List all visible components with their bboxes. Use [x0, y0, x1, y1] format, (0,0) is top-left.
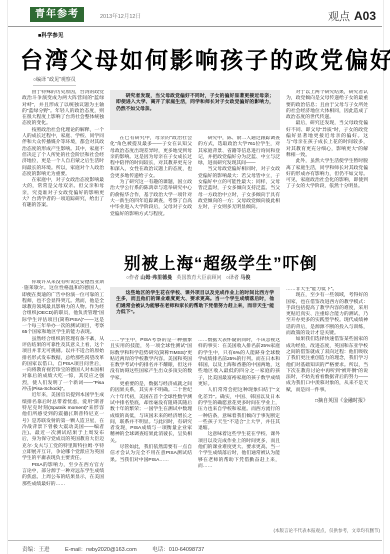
- issue-date: 2013年12月12日: [100, 12, 141, 20]
- page-edge-line-left: [7, 0, 8, 554]
- article2-intro-box: 这些地区的学生花在学校、课外项目以及完成作业上的时间比西方学生多，而且他们的课业…: [110, 287, 280, 330]
- footer-rule: [8, 540, 382, 541]
- article1-column-3: 研究中，陈、俞二人通过跟踪调查的方式，选取政治大学761位学生，对其家庭背景、省…: [198, 136, 280, 246]
- column-kicker: ■科学参见: [38, 31, 63, 39]
- page-number: A03: [354, 9, 376, 23]
- article2-intro-text: 这些地区的学生花在学校、课外项目以及完成作业上的时间比西方学生多，而且他们的课业…: [116, 291, 274, 317]
- article1-summary-text: 研究者发现，当父母政党偏好不同时，子女的偏好显著更接近母亲；即使进入大学、离开了…: [116, 94, 274, 113]
- article1-summary-box: 研究者发现，当父母政党偏好不同时，子女的偏好显著更接近母亲；即使进入大学、离开了…: [110, 90, 280, 130]
- page-edge-line-right: [383, 0, 384, 554]
- article2-headline: 别被上海“超级学生”吓倒: [124, 250, 318, 274]
- article1-headline: 台湾父母如何影响孩子的政党偏好: [20, 42, 370, 75]
- article2-column-3: ……数据大表怀疑的同时，不该忽视这样的事实：在美国收入排名前25%家庭的学生中，…: [198, 338, 280, 522]
- article1-column-1: 由于特殊的历史原因，台湾的政党政治斗争演变成为两大阵营间的“蓝绿对峙”，并且形成…: [22, 90, 104, 246]
- article2-column-4: ……非天生“能力低下”。现在，至少有一些领域，考得好的国家，也在借鉴改进西方的教…: [286, 287, 368, 522]
- author-title: 英国教育大臣前顾问: [176, 275, 221, 281]
- article1-byline: ○编译 “政见”观察员: [33, 76, 76, 86]
- footer-info: 责编：王进 E-mail：rwby2020@163.com 电话：010-640…: [22, 545, 218, 553]
- author-name: 山姆·弗里德曼: [140, 275, 172, 281]
- article2-column-4-text: ……非天生“能力低下”。现在，至少有一些领域，考得好的国家，也在借鉴改进西方的教…: [286, 287, 368, 394]
- footer-phone: 电话：010-64098737: [152, 547, 204, 553]
- article2-source: □摘自英国《金融时报》: [286, 398, 368, 404]
- footer-email: E-mail：rwby2020@163.com: [65, 547, 137, 553]
- section-name: 观点: [328, 11, 350, 23]
- masthead-logo: 青年参考: [30, 7, 84, 22]
- translator-name: 马俊: [240, 275, 250, 281]
- footer-editor: 责编：王进: [22, 547, 50, 553]
- article2-byline: ○作者 山姆·弗里德曼 英国教育大臣前顾问 ○译者 马俊: [126, 274, 250, 281]
- newspaper-page: 青年参考 2013年12月12日 观点A03 ■科学参见 台湾父母如何影响孩子的…: [0, 0, 390, 554]
- article1-column-4: 对于以上两个研究结果，研究者认为，政党倾向是父母传递给子女的最重要的政治信息；且…: [286, 90, 368, 246]
- article1-column-2: 在已有研究中，母亲的“政治社会化”角色被提及最多——子女在认知父母政治态度出现差…: [110, 136, 192, 246]
- section-pagemark: 观点A03: [328, 8, 376, 24]
- translator-label: ○译者: [226, 275, 239, 281]
- article2-column-1: 你或许从来没有听说过安德烈亚斯·施莱歇尔。这位性格温和的德国人，即便在奥迪的广告…: [22, 280, 104, 524]
- article2-column-2: ……学生中，PISA考察的是一种抽象且实用的技能，另一项全球性测试“国际数学和科…: [110, 338, 192, 522]
- disclaimer-note: (本版言论不代表本报观点，仅供参考，文章均有删节): [274, 528, 381, 534]
- header-rule: [8, 26, 382, 27]
- author-label: ○作者: [126, 275, 139, 281]
